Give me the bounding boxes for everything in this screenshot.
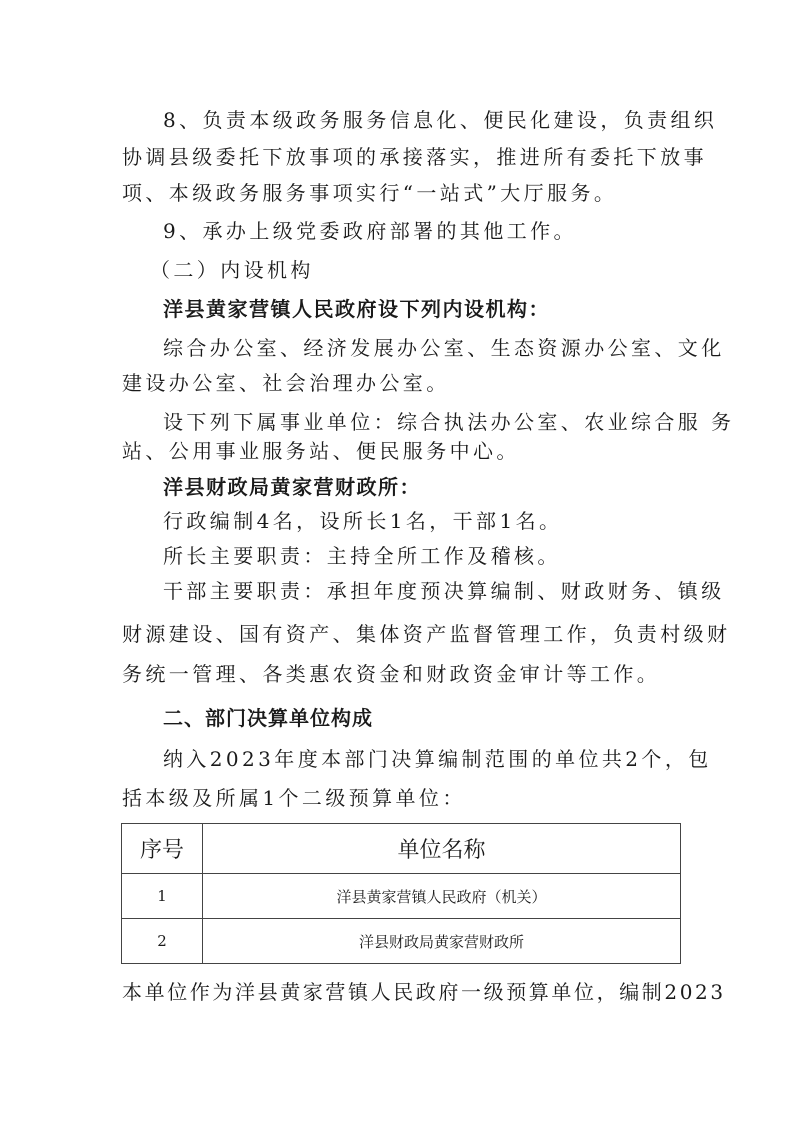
closing-line: 本单位作为洋县黄家营镇人民政府一级预算单位，编制2023	[122, 980, 726, 1004]
row-index: 1	[122, 874, 203, 919]
subheading-internal-bodies: （二）内设机构	[150, 258, 314, 282]
staffing: 行政编制4名，设所长1名，干部1名。	[163, 509, 562, 533]
table-row: 2 洋县财政局黄家营财政所	[122, 919, 681, 964]
row-unit-name: 洋县黄家营镇人民政府（机关）	[203, 874, 681, 919]
finance-office-title: 洋县财政局黄家营财政所：	[163, 475, 421, 499]
item9: 9、承办上级党委政府部署的其他工作。	[163, 219, 577, 243]
header-unit-name: 单位名称	[203, 824, 681, 874]
gov-bodies-title: 洋县黄家营镇人民政府设下列内设机构：	[163, 297, 550, 321]
row-unit-name: 洋县财政局黄家营财政所	[203, 919, 681, 964]
section2-heading: 二、部门决算单位构成	[163, 706, 373, 730]
table-header-row: 序号 单位名称	[122, 824, 681, 874]
item8-line3: 项、本级政务服务事项实行“一站式”大厅服务。	[122, 181, 617, 205]
units-table: 序号 单位名称 1 洋县黄家营镇人民政府（机关） 2 洋县财政局黄家营财政所	[121, 823, 681, 964]
cadre-duty-line3: 务统一管理、各类惠农资金和财政资金审计等工作。	[122, 662, 660, 686]
cadre-duty-line2: 财源建设、国有资产、集体资产监督管理工作，负责村级财	[122, 622, 730, 646]
cadre-duty-line1: 干部主要职责：承担年度预决算编制、财政财务、镇级	[163, 579, 725, 603]
item8-line1: 8、负责本级政务服务信息化、便民化建设，负责组织	[163, 108, 717, 132]
units-line2: 站、公用事业服务站、便民服务中心。	[122, 439, 520, 463]
item8-line2: 协调县级委托下放事项的承接落实，推进所有委托下放事	[122, 145, 707, 169]
row-index: 2	[122, 919, 203, 964]
director-duty: 所长主要职责：主持全所工作及稽核。	[163, 544, 561, 568]
table-row: 1 洋县黄家营镇人民政府（机关）	[122, 874, 681, 919]
header-index: 序号	[122, 824, 203, 874]
scope-line1: 纳入2023年度本部门决算编制范围的单位共2个，包	[163, 747, 712, 771]
offices-line1: 综合办公室、经济发展办公室、生态资源办公室、文化	[163, 336, 725, 360]
units-line1: 设下列下属事业单位：综合执法办公室、农业综合服 务	[163, 410, 734, 434]
offices-line2: 建设办公室、社会治理办公室。	[122, 371, 450, 395]
scope-line2: 括本级及所属1个二级预算单位：	[122, 786, 466, 810]
